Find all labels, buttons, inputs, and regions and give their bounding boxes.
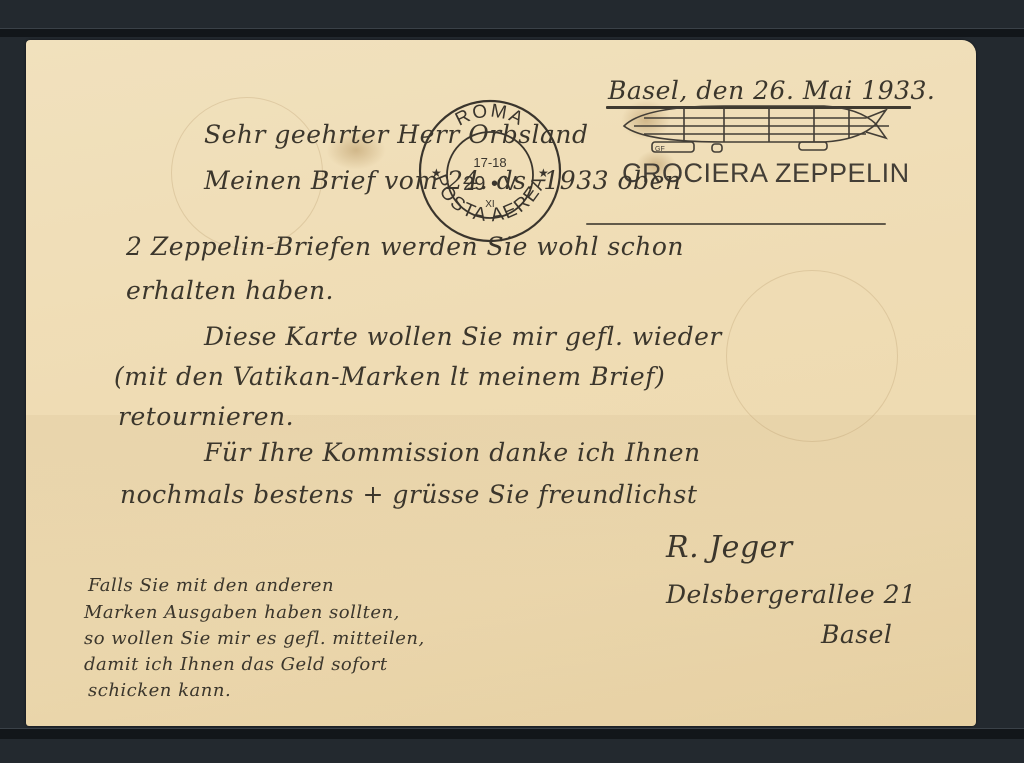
letter-line-7: Für Ihre Kommission danke ich Ihnen [204, 438, 701, 467]
letter-line-8: nochmals bestens + grüsse Sie freundlich… [120, 480, 697, 509]
letter-line-4: Diese Karte wollen Sie mir gefl. wieder [204, 322, 722, 351]
postcard: Basel, den 26. Mai 1933. GF CROCIERA ZEP… [26, 40, 976, 726]
postscript-line-1: Falls Sie mit den anderen [88, 575, 334, 596]
sender-city: Basel [821, 620, 892, 649]
sender-street: Delsbergerallee 21 [666, 580, 916, 609]
letter-line-6: retournieren. [118, 402, 294, 431]
signature: R. Jeger [666, 530, 793, 565]
stockbook-strip-bottom [0, 728, 1024, 739]
airship-marking: GF [655, 146, 665, 153]
faint-cancel-impression-right [726, 270, 898, 442]
postscript-line-2: Marken Ausgaben haben sollten, [84, 602, 400, 623]
letter-line-1: Meinen Brief vom 24. ds. 1933 oben [204, 166, 681, 195]
letter-line-2: 2 Zeppelin-Briefen werden Sie wohl schon [126, 232, 684, 261]
salutation: Sehr geehrter Herr Orbsland [204, 120, 589, 149]
letter-line-3: erhalten haben. [126, 276, 334, 305]
postscript-line-5: schicken kann. [88, 680, 231, 701]
postmark-year: XI [485, 199, 494, 210]
zeppelin-airship-icon: GF [604, 100, 904, 162]
strike-line [586, 223, 886, 225]
letter-line-5: (mit den Vatikan-Marken lt meinem Brief) [114, 362, 665, 391]
postscript-line-4: damit ich Ihnen das Geld sofort [84, 654, 388, 675]
stockbook-strip-top [0, 28, 1024, 37]
postscript-line-3: so wollen Sie mir es gefl. mitteilen, [84, 628, 425, 649]
